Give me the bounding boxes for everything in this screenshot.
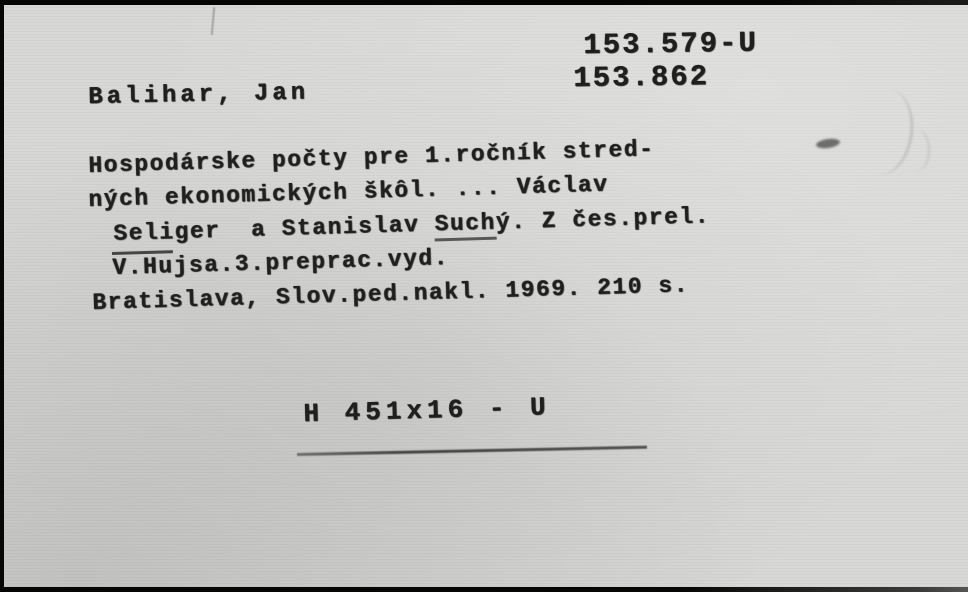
scan-edge-bottom [0, 587, 968, 592]
call-number-secondary: 153.862 [573, 60, 709, 95]
underlined-surname: Such [434, 210, 496, 242]
call-number-primary: 153.579-U [583, 27, 758, 62]
scanned-catalog-card: 153.579-U 153.862 Balihar, Jan Hospodárs… [0, 0, 968, 592]
author-heading: Balihar, Jan [88, 79, 309, 111]
pencil-arc-mark-small [902, 128, 930, 172]
scan-edge-top [0, 0, 968, 5]
scan-edge-left [0, 0, 4, 592]
marked-translator-initials: V.Hu [112, 250, 174, 281]
